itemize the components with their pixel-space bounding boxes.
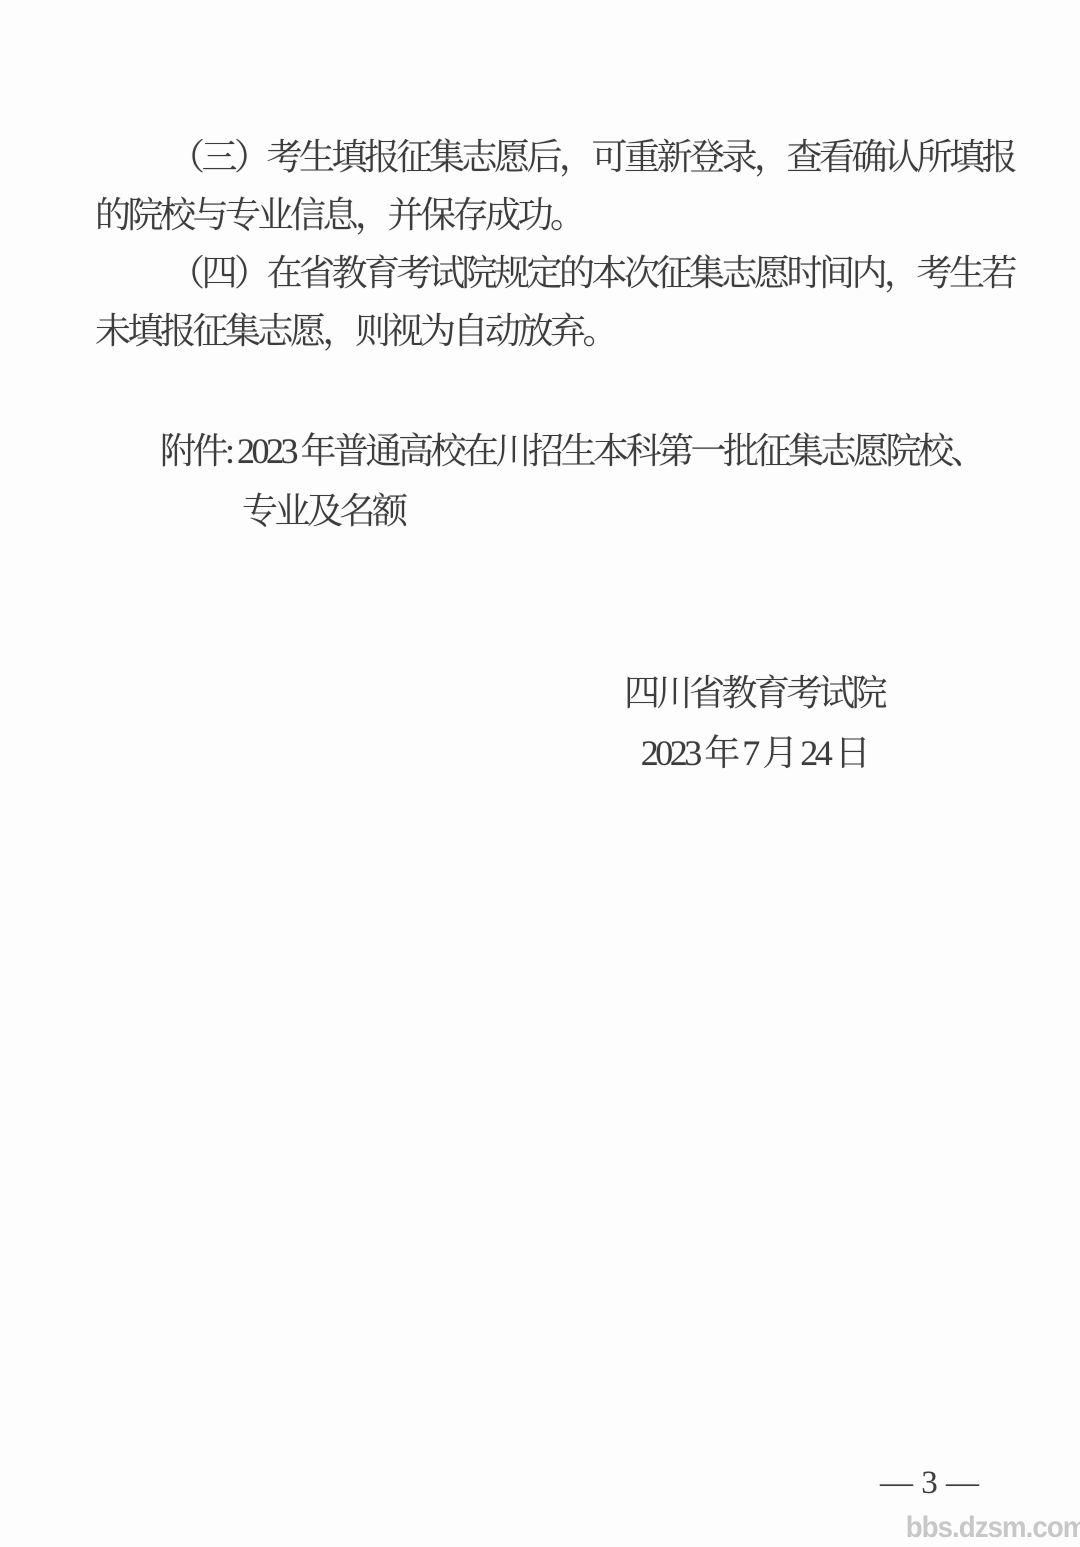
issue-date: 2023 年 7 月 24 日 [538,723,970,783]
document-body: （三）考生填报征集志愿后，可重新登录，查看确认所填报的院校与专业信息，并保存成功… [95,128,1025,541]
issuer-name: 四川省教育考试院 [538,663,970,723]
paragraph-item-3: （三）考生填报征集志愿后，可重新登录，查看确认所填报的院校与专业信息，并保存成功… [95,128,1025,244]
attachment-line-1: 附件: 2023 年普通高校在川招生本科第一批征集志愿院校、 [160,431,983,471]
signature-block: 四川省教育考试院 2023 年 7 月 24 日 [538,663,970,783]
page-number: — 3 — [880,1465,979,1502]
document-page: （三）考生填报征集志愿后，可重新登录，查看确认所填报的院校与专业信息，并保存成功… [0,0,1080,1547]
attachment-note: 附件: 2023 年普通高校在川招生本科第一批征集志愿院校、 专业及名额 [95,421,1025,541]
paragraph-item-4: （四）在省教育考试院规定的本次征集志愿时间内，考生若未填报征集志愿，则视为自动放… [95,244,1025,360]
watermark-text: bbs.dzsm.com [905,1511,1080,1545]
attachment-line-2: 专业及名额 [160,491,405,531]
